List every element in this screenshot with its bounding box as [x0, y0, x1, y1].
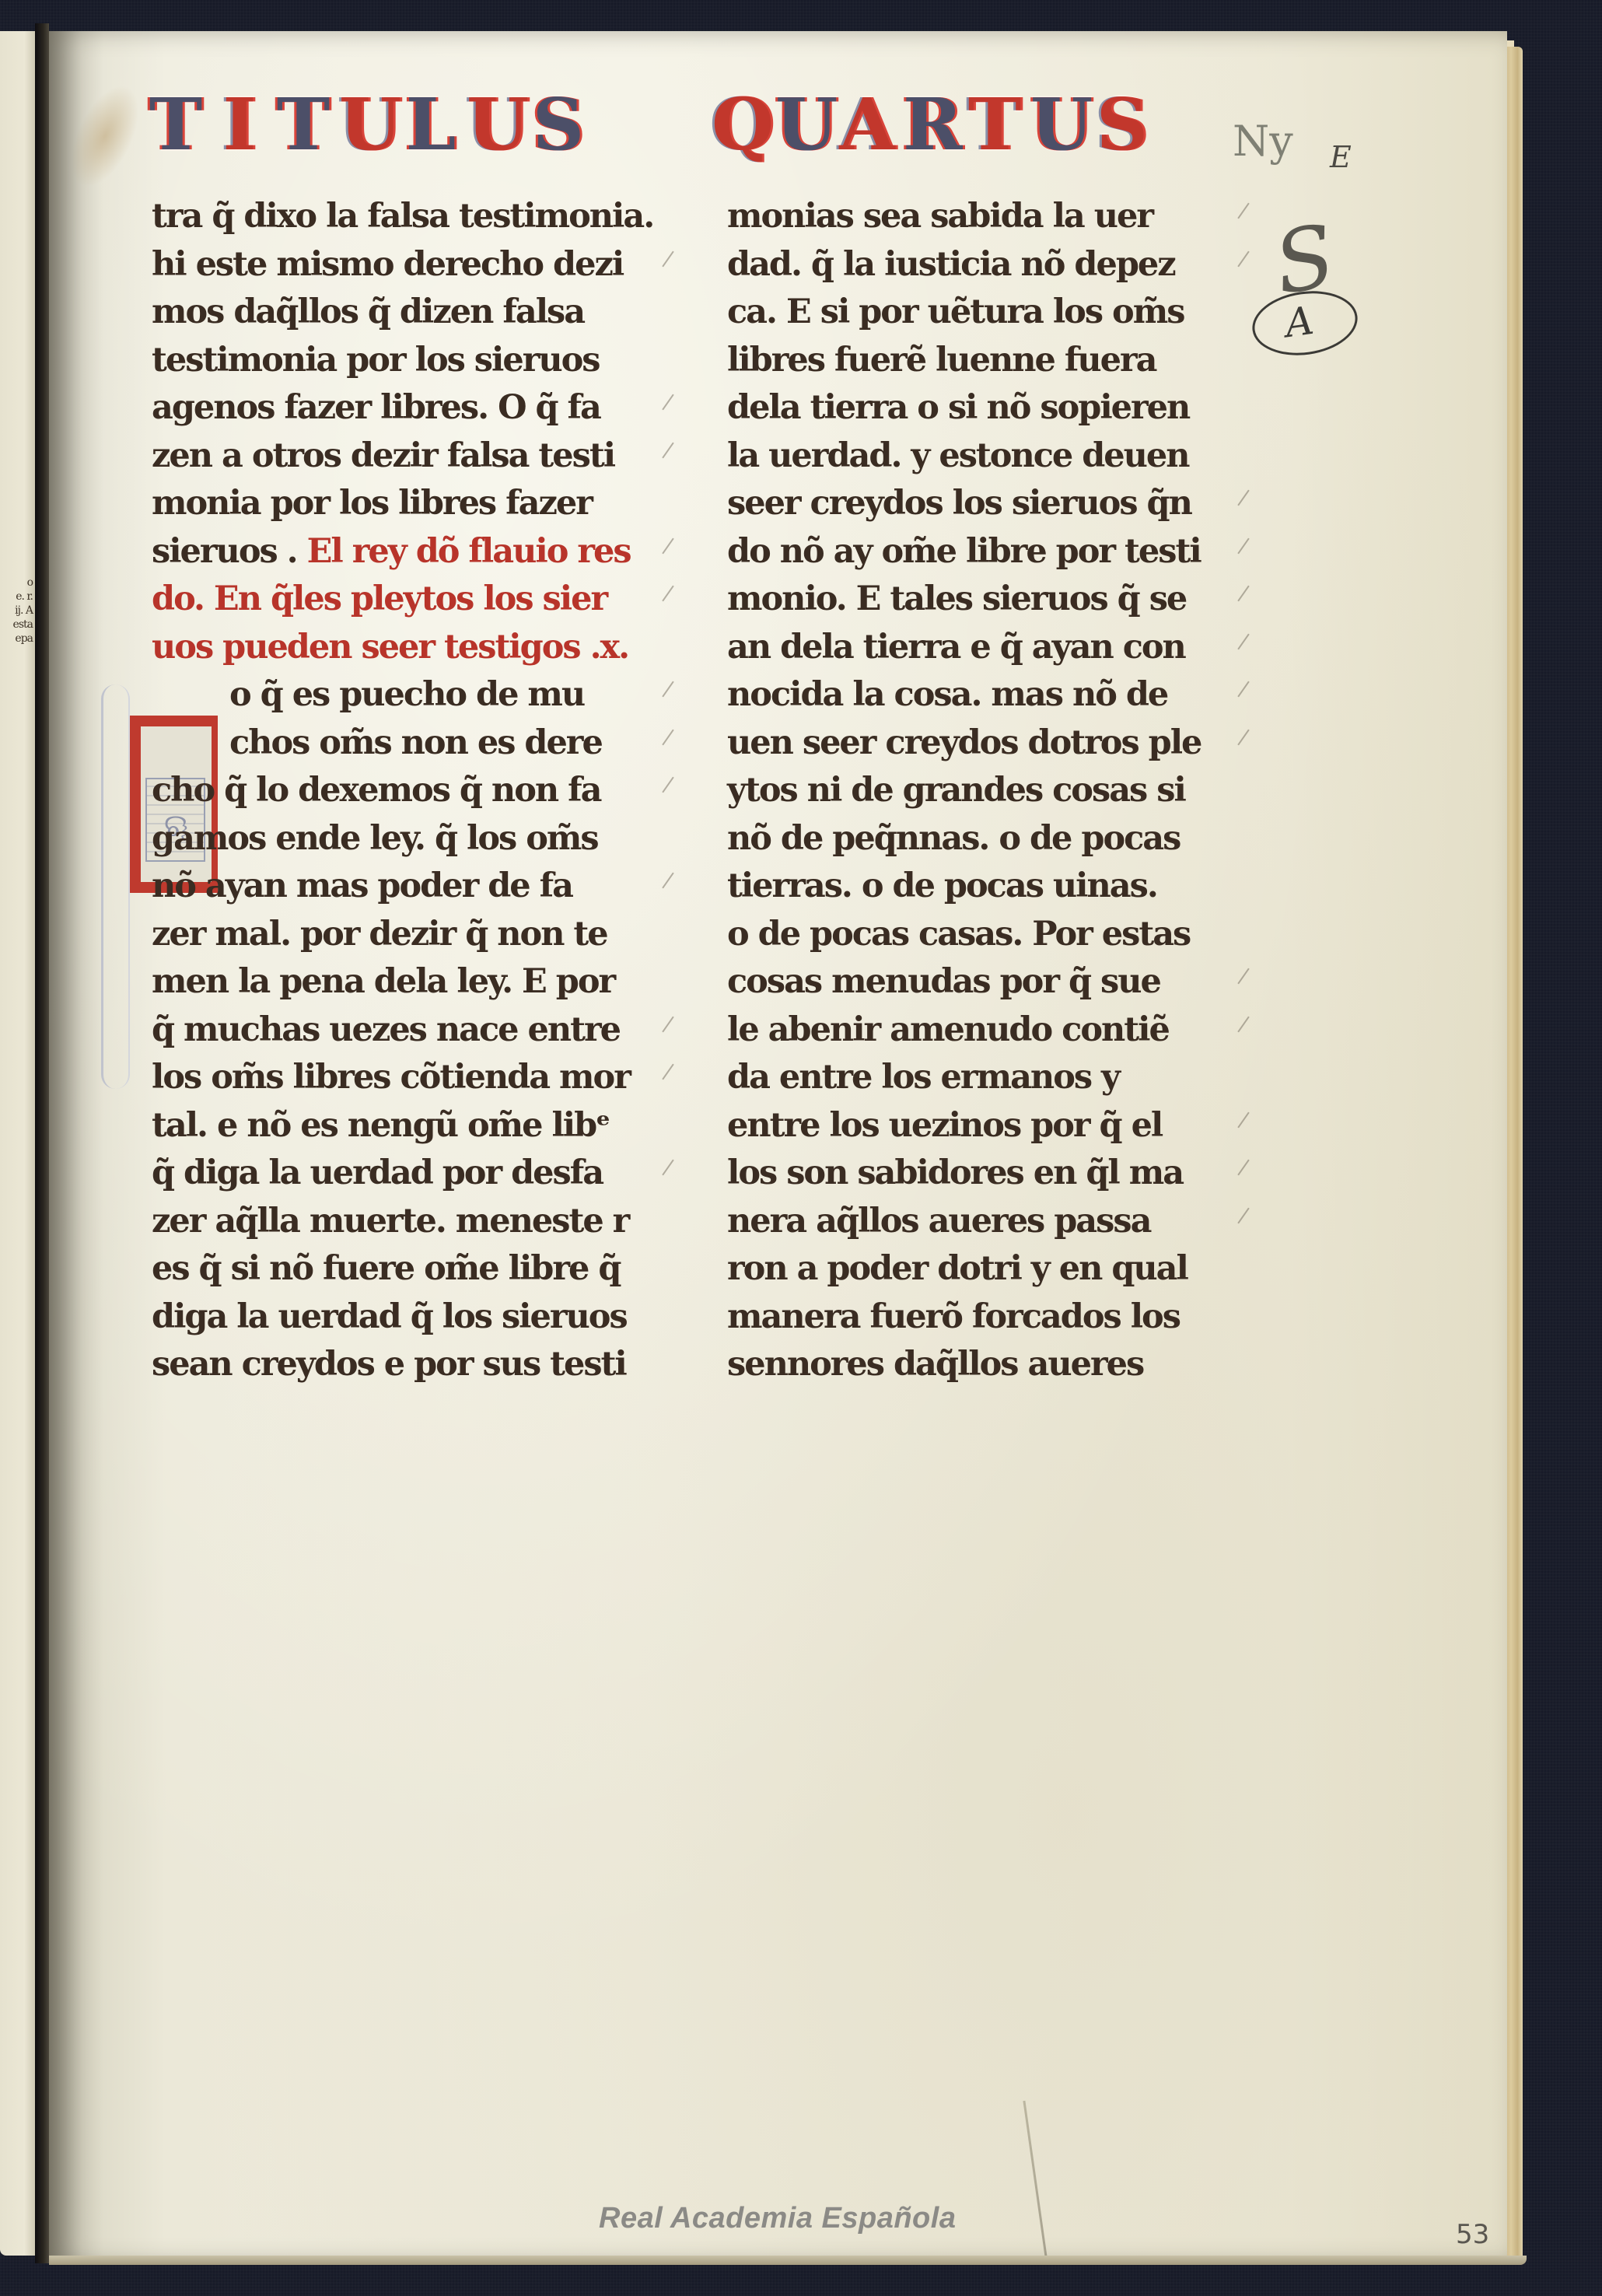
text-line: hi este mismo derecho dezi: [152, 241, 649, 289]
text-line: entre los uezinos por q̃ el: [727, 1102, 1225, 1150]
facing-note: esta: [2, 618, 33, 632]
text-line: zer mal. por dezir q̃ non te: [152, 911, 649, 959]
text-column-right: monias sea sabida la uer dad. q̃ la iust…: [727, 193, 1225, 1389]
header-letter: S: [530, 89, 586, 160]
header-letter: T: [275, 89, 331, 160]
header-letter: R: [903, 89, 959, 160]
header-letter: U: [1030, 89, 1086, 160]
text-line: uen seer creydos dotros ple: [727, 719, 1225, 768]
folio-bottom-edge: [49, 2256, 1527, 2265]
header-letter: T: [148, 89, 204, 160]
text-line: mos daq̃llos q̃ dizen falsa: [152, 289, 649, 337]
text-line: los son sabidores en q̃l ma: [727, 1150, 1225, 1198]
header-letter: Q: [712, 89, 768, 160]
text-line: cosas menudas por q̃ sue: [727, 958, 1225, 1006]
running-header-right: Q U A R T U S: [712, 75, 1150, 160]
running-header-left: T I T U L U S: [148, 75, 586, 160]
facing-note: epa: [2, 632, 33, 646]
margin-annotation: A: [1282, 298, 1317, 346]
text-column-left: tra q̃ dixo la falsa testimonia. hi este…: [152, 193, 649, 1389]
text-line: chos om̃s non es dere: [152, 719, 649, 768]
text-line: monia por los libres fazer: [152, 480, 649, 528]
text-line: nõ ayan mas poder de fa: [152, 863, 649, 911]
facing-page-edge: o e. r. ij. A esta epa: [0, 31, 35, 2256]
rubric-line: uos pueden seer testigos .x.: [152, 624, 649, 672]
header-letter: L: [403, 89, 459, 160]
text-line: sieruos . El rey dõ flauio res: [152, 528, 649, 576]
text-line: an dela tierra e q̃ ayan con: [727, 624, 1225, 672]
text-line: manera fuerõ forcados los: [727, 1293, 1225, 1342]
header-letter: U: [339, 89, 395, 160]
header-letter: A: [839, 89, 895, 160]
margin-annotation: E: [1330, 140, 1352, 174]
text-line: q̃ muchas uezes nace entre: [152, 1006, 649, 1055]
facing-note: e. r.: [2, 590, 33, 604]
folio-number: 53: [1456, 2219, 1489, 2250]
pen-flourish: [101, 684, 130, 1089]
text-line: le abenir amenudo contiẽ: [727, 1006, 1225, 1055]
text-line: monias sea sabida la uer: [727, 193, 1225, 241]
binding-gutter: [35, 23, 49, 2263]
gutter-shadow: [49, 31, 103, 2263]
text-line: ca. E si por uẽtura los om̃s: [727, 289, 1225, 337]
text-line: testimonia por los sieruos: [152, 337, 649, 385]
header-letter: I: [212, 89, 268, 160]
text-line: cho q̃ lo dexemos q̃ non fa: [152, 767, 649, 815]
text-line: nocida la cosa. mas nõ de: [727, 671, 1225, 719]
text-line: es q̃ si nõ fuere om̃e libre q̃: [152, 1245, 649, 1293]
text-line: monio. E tales sieruos q̃ se: [727, 576, 1225, 624]
text-line: nera aq̃llos aueres passa: [727, 1198, 1225, 1246]
text-line: da entre los ermanos y: [727, 1054, 1225, 1102]
text-line: o de pocas casas. Por estas: [727, 911, 1225, 959]
text-line: gamos ende ley. q̃ los om̃s: [152, 815, 649, 863]
text-line: diga la uerdad q̃ los sieruos: [152, 1293, 649, 1342]
text-line: zen a otros dezir falsa testi: [152, 432, 649, 481]
text-line: dela tierra o si nõ sopieren: [727, 384, 1225, 432]
text-line: sean creydos e por sus testi: [152, 1341, 649, 1389]
text-line: sennores daq̃llos aueres: [727, 1341, 1225, 1389]
institution-watermark: Real Academia Española: [599, 2202, 956, 2235]
text-line: ron a poder dotri y en qual: [727, 1245, 1225, 1293]
facing-page-notes: o e. r. ij. A esta epa: [2, 576, 33, 646]
rubric-line: do. En q̃les pleytos los sier: [152, 576, 649, 624]
text-line: q̃ diga la uerdad por desfa: [152, 1150, 649, 1198]
text-line: tal. e nõ es nengũ om̃e libᵉ: [152, 1102, 649, 1150]
header-letter: U: [775, 89, 831, 160]
text-line: men la pena dela ley. E por: [152, 958, 649, 1006]
header-letter: T: [967, 89, 1023, 160]
text-line: nõ de peq̃nnas. o de pocas: [727, 815, 1225, 863]
text-line: agenos fazer libres. O q̃ fa: [152, 384, 649, 432]
text-line: dad. q̃ la iusticia nõ depez: [727, 241, 1225, 289]
text-line: libres fuerẽ luenne fuera: [727, 337, 1225, 385]
text-line: los om̃s libres cõtienda mor: [152, 1054, 649, 1102]
text-line: tra q̃ dixo la falsa testimonia.: [152, 193, 649, 241]
margin-annotation: Ny: [1233, 117, 1293, 166]
text-line: o q̃ es puecho de mu: [152, 671, 649, 719]
text-line: zer aq̃lla muerte. meneste r: [152, 1198, 649, 1246]
text-line: do nõ ay om̃e libre por testi: [727, 528, 1225, 576]
text-line: seer creydos los sieruos q̃n: [727, 480, 1225, 528]
header-letter: S: [1094, 89, 1150, 160]
header-letter: U: [467, 89, 523, 160]
facing-note: ij. A: [2, 604, 33, 618]
text-line: ytos ni de grandes cosas si: [727, 767, 1225, 815]
rubric-title: El rey dõ flauio res: [307, 532, 631, 571]
text-line: la uerdad. y estonce deuen: [727, 432, 1225, 481]
text-line: tierras. o de pocas uinas.: [727, 863, 1225, 911]
facing-note: o: [2, 576, 33, 590]
